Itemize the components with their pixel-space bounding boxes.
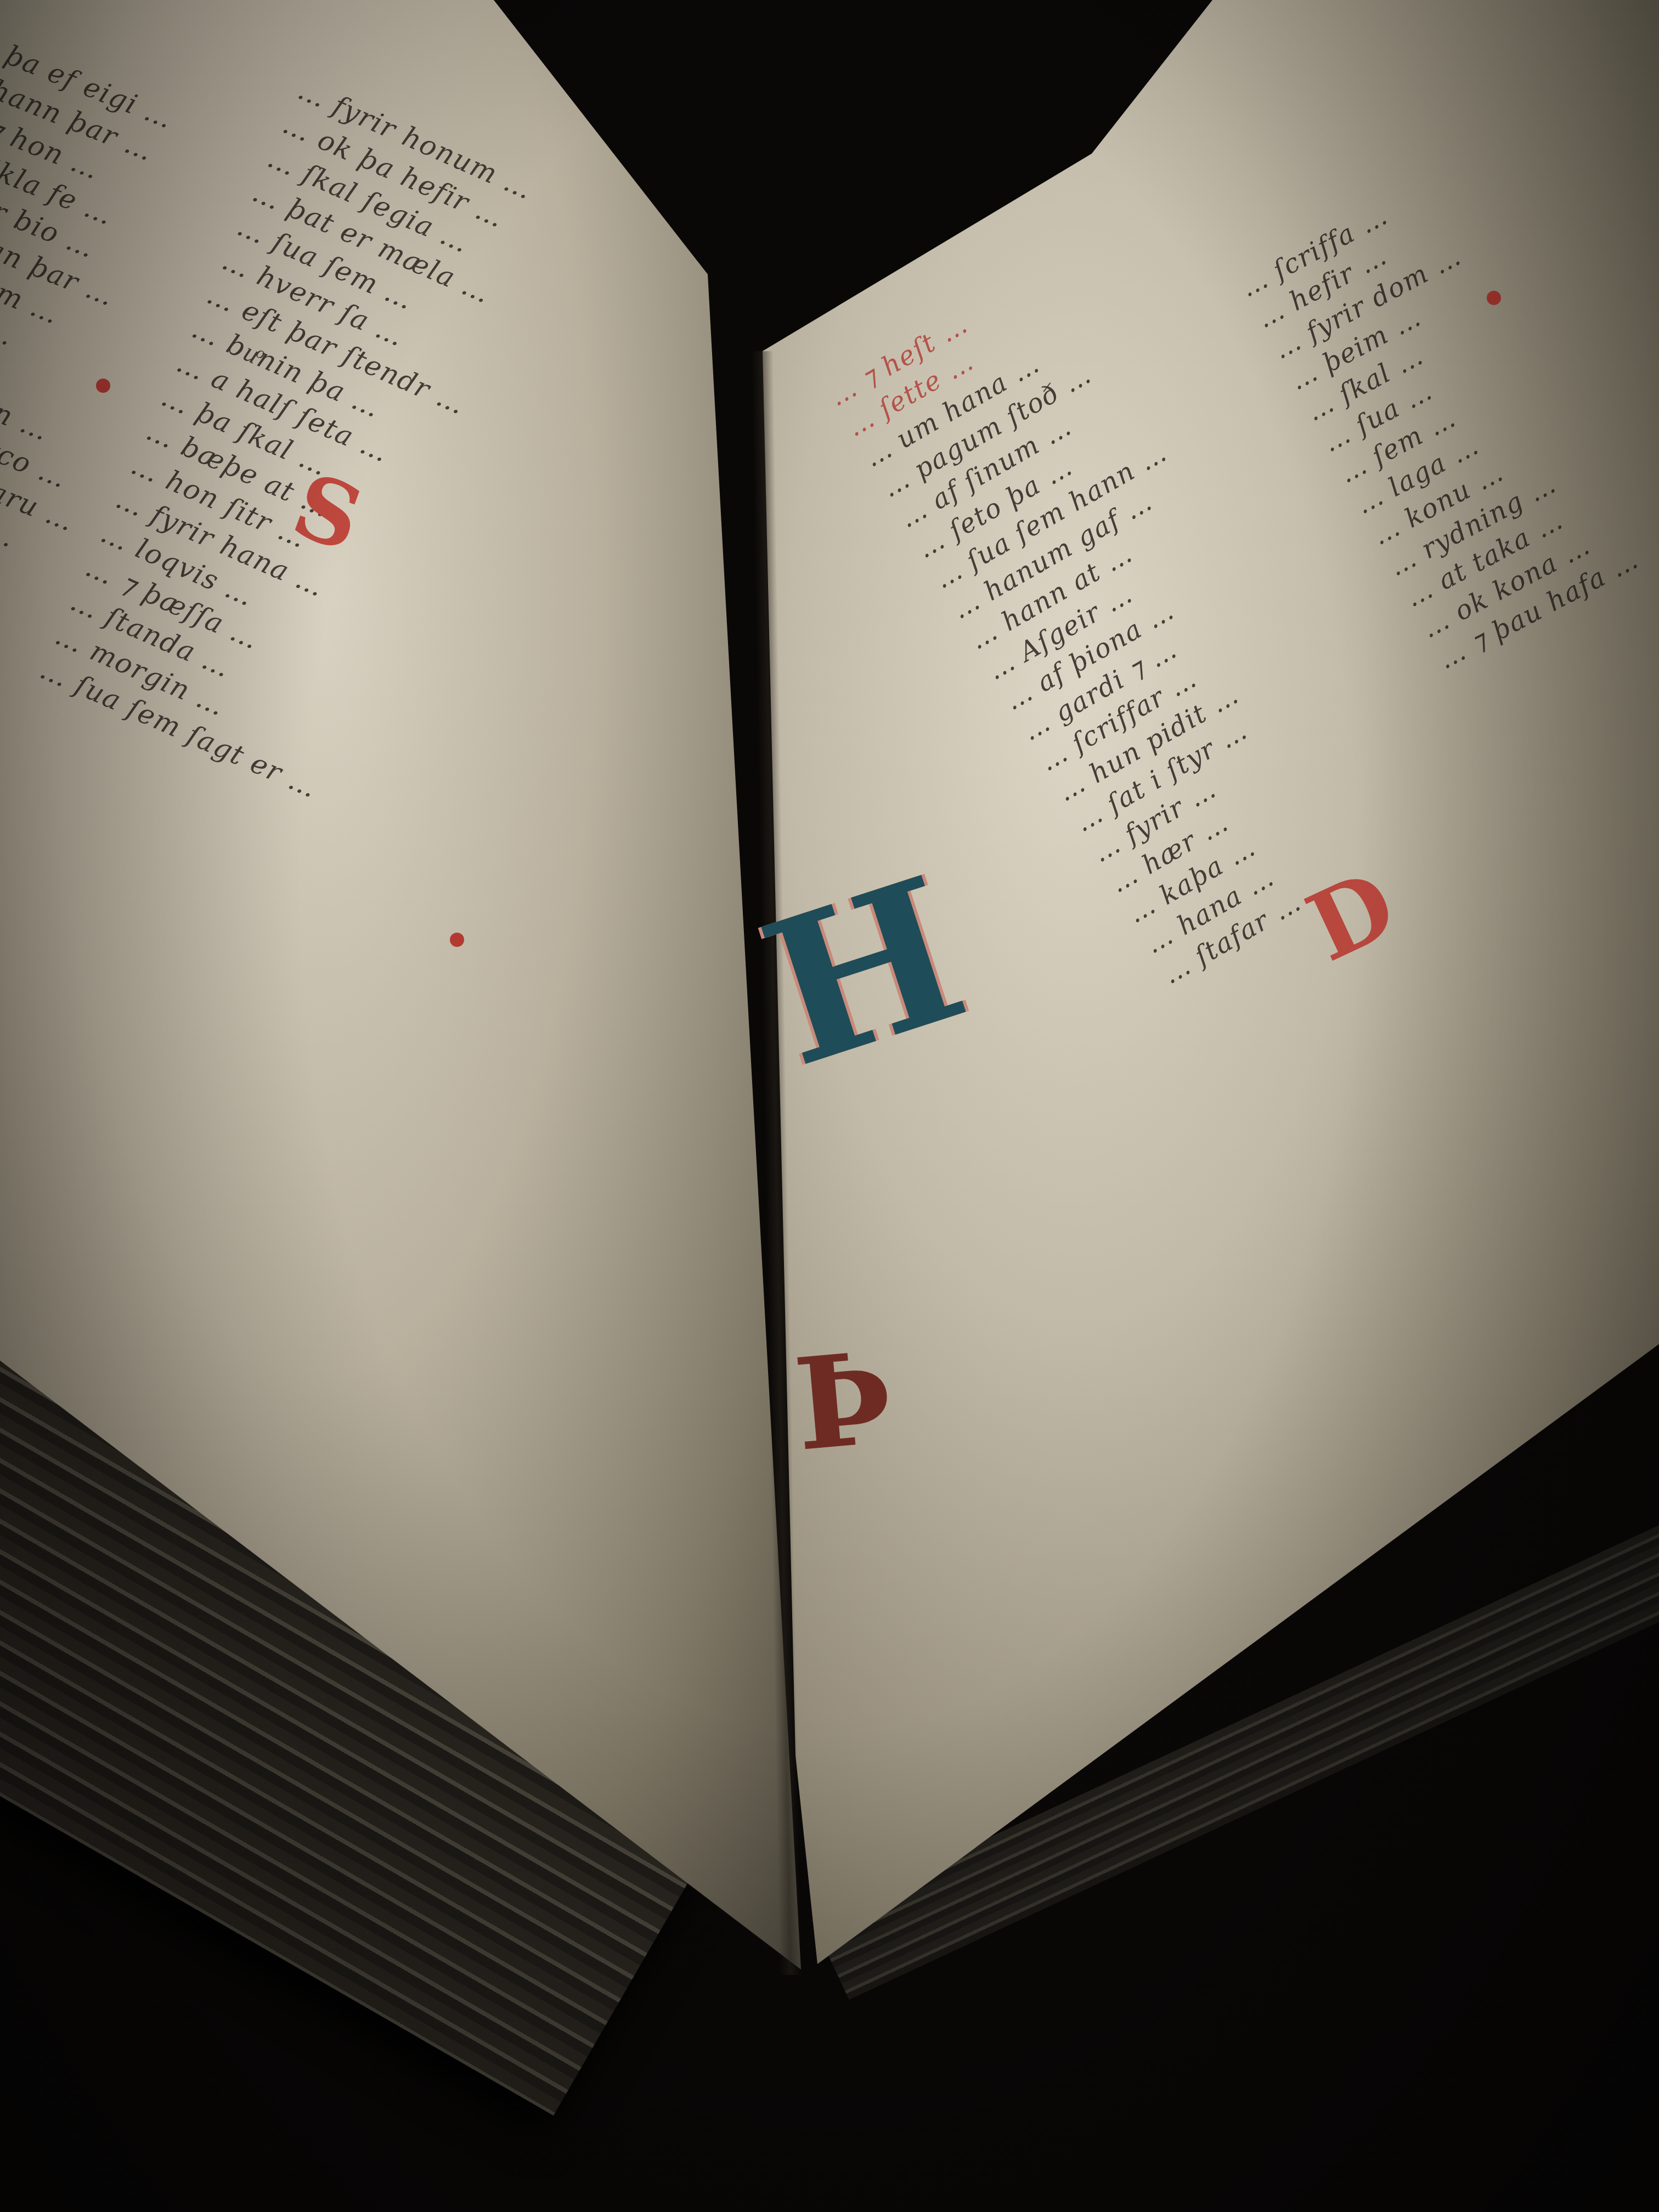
red-paragraph-mark	[96, 379, 110, 393]
red-paragraph-mark	[450, 933, 464, 947]
red-paragraph-mark	[1487, 291, 1501, 305]
manuscript-scene: … þa ef eigi … … hann þar … … ſ⁊ hon … ……	[0, 0, 1659, 2212]
red-initial-thorn: Þ	[789, 1324, 898, 1480]
